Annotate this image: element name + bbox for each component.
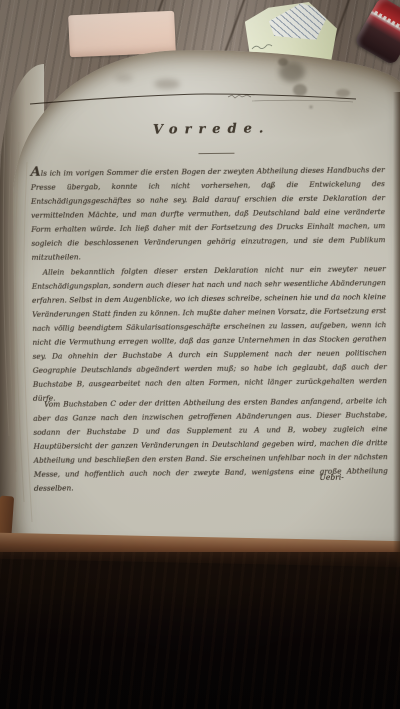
book-page: Vorrede. Als ich im vorigen Sommer die e… bbox=[11, 48, 400, 552]
page-right-edge-shadow bbox=[393, 92, 400, 562]
lighter-label-band bbox=[374, 11, 400, 34]
paragraph-1: Als ich im vorigen Sommer die ersten Bog… bbox=[31, 162, 386, 265]
heading-rule bbox=[198, 153, 234, 155]
table-shadow bbox=[0, 552, 400, 709]
paragraph-2: Allein bekanntlich folgten dieser ersten… bbox=[32, 262, 387, 406]
catchword: Uebri- bbox=[319, 473, 343, 482]
page-heading: Vorrede. bbox=[12, 120, 400, 139]
photo-of-open-book: Vorrede. Als ich im vorigen Sommer die e… bbox=[0, 0, 400, 709]
